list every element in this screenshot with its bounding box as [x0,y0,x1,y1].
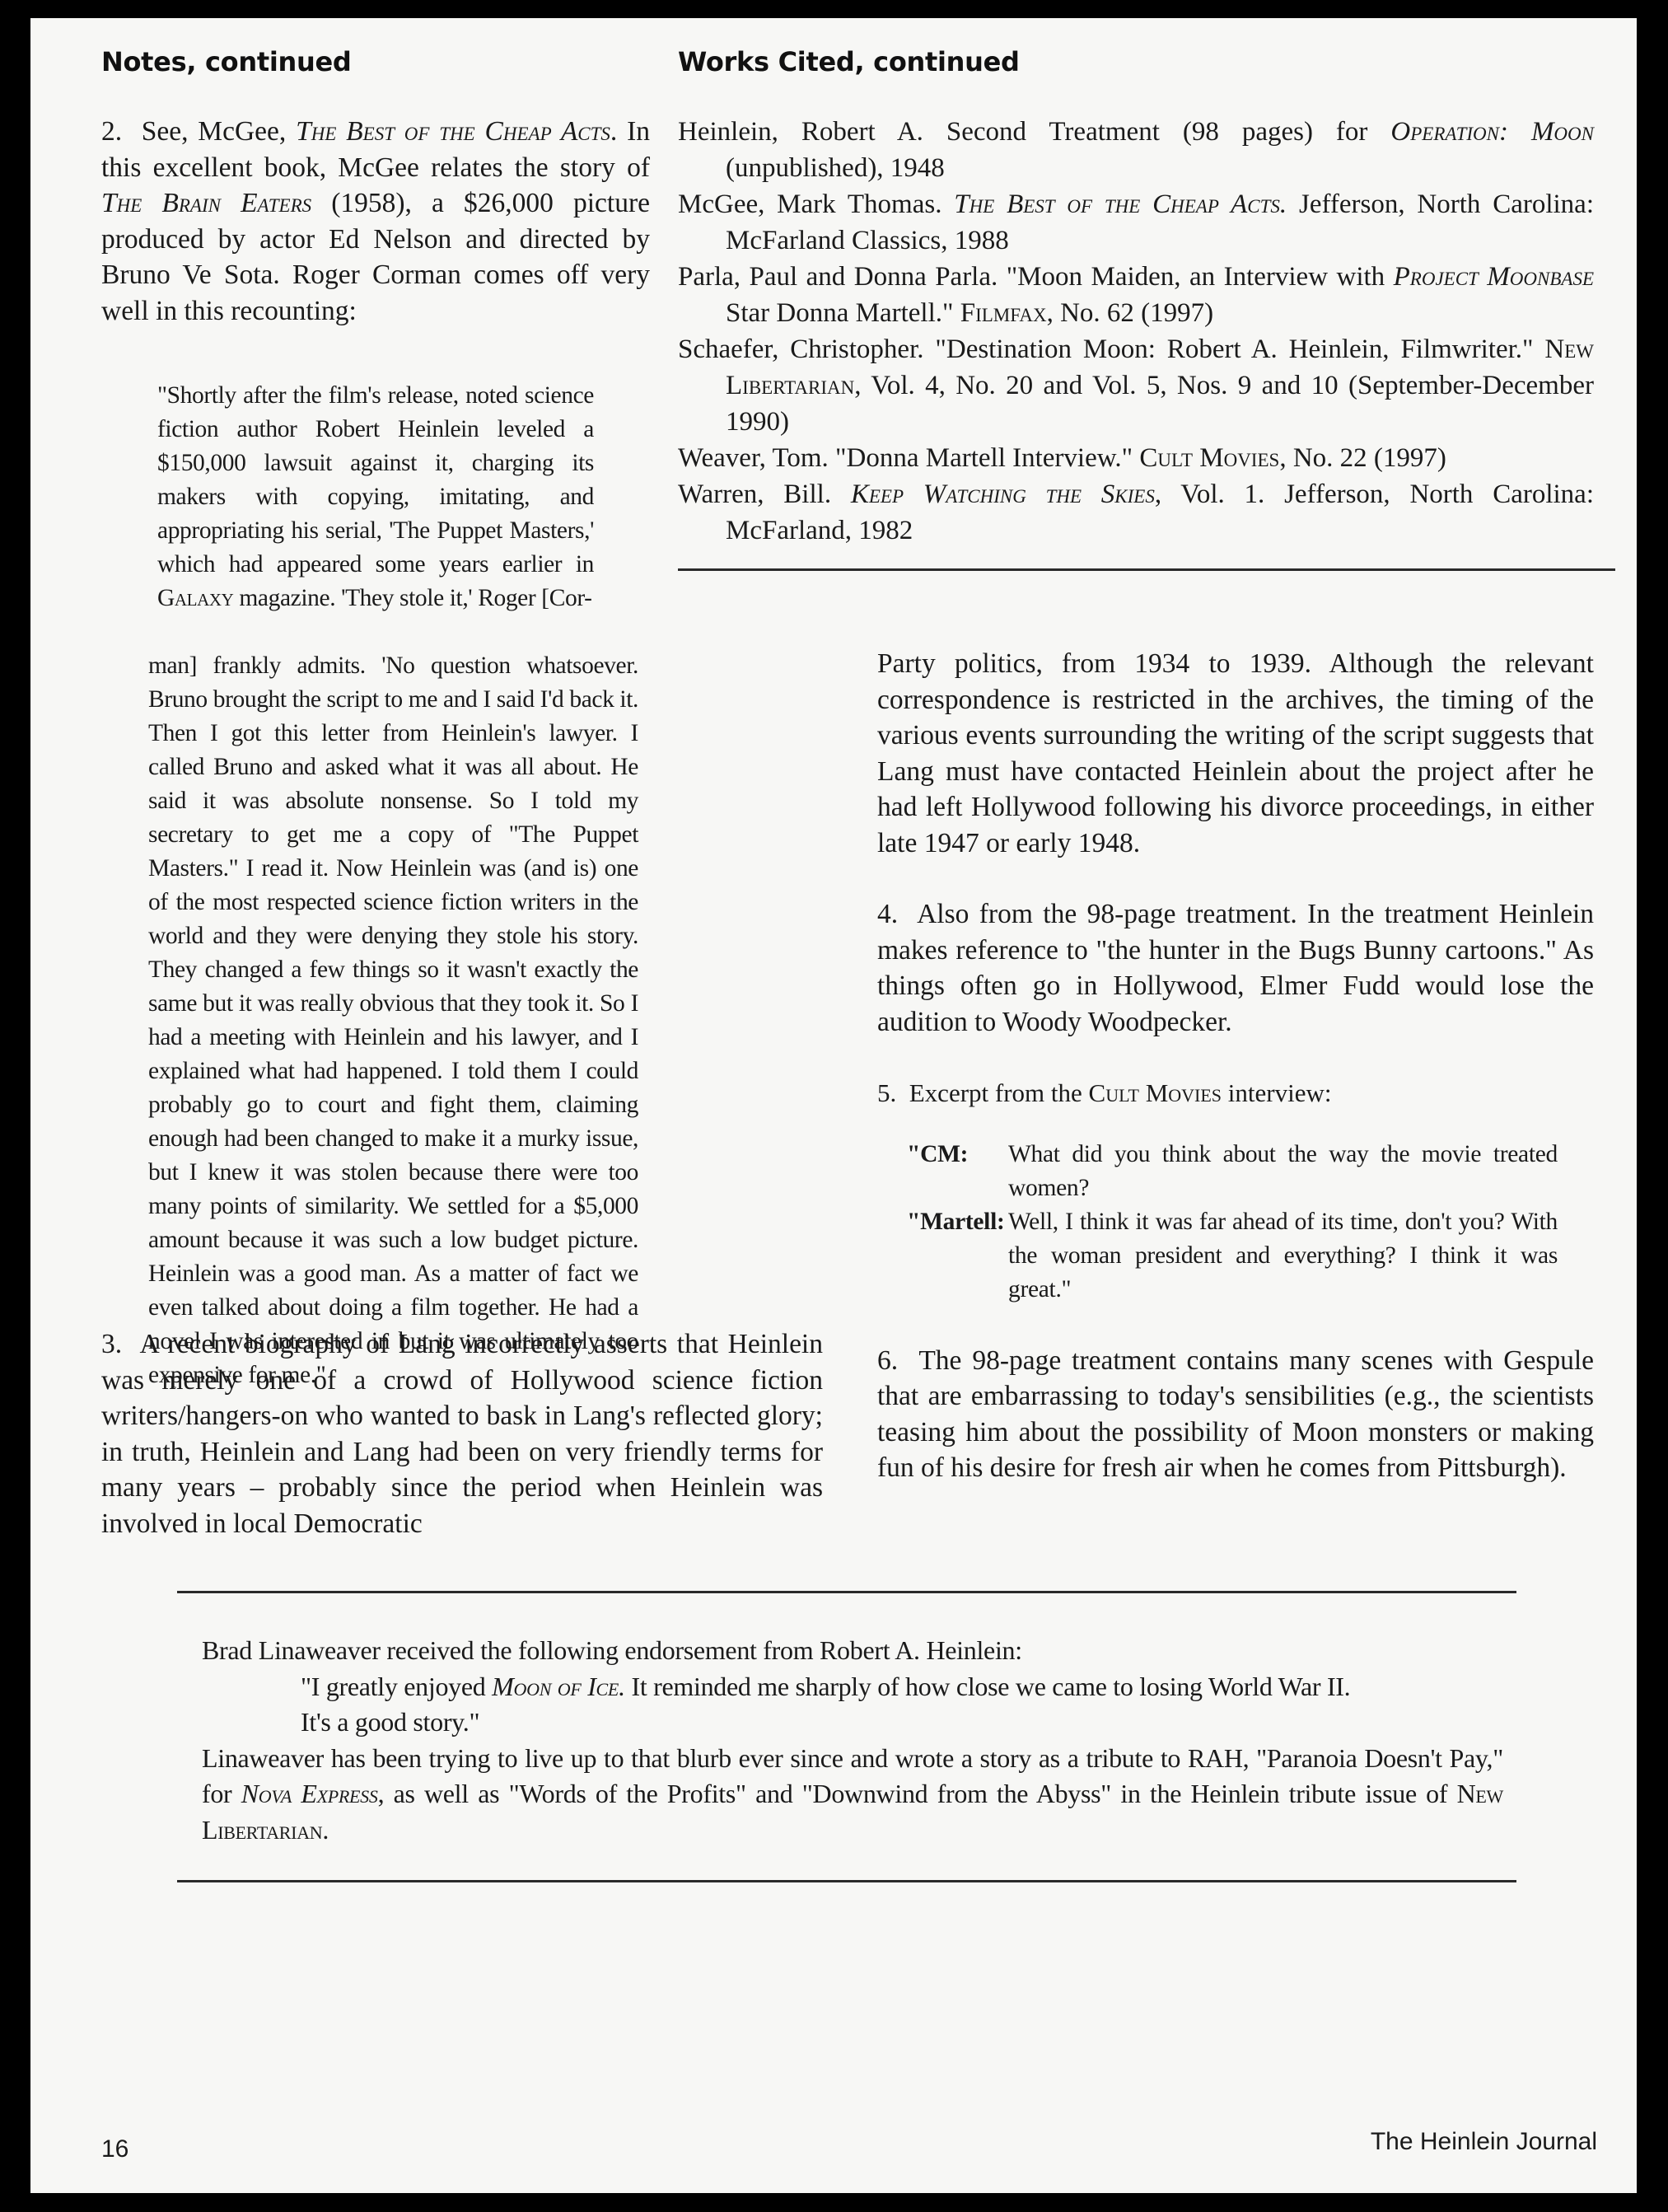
note-number: 6. [877,1345,898,1376]
citation-schaefer: Schaefer, Christopher. "Destination Moon… [678,331,1594,440]
quote-text: man] frankly admits. 'No question whatso… [148,652,638,1388]
interview-excerpt: "CM: What did you think about the way th… [907,1138,1558,1307]
journal-page: Notes, continued Works Cited, continued … [30,18,1637,2193]
work-title: Keep Watching the Skies [851,479,1155,509]
endorsement-block: Brad Linaweaver received the following e… [202,1633,1503,1848]
note-text: See, McGee, [142,116,296,147]
magazine-title: Nova Express [241,1779,378,1808]
magazine-title: Cult Movies [1089,1078,1222,1107]
works-cited-list: Heinlein, Robert A. Second Treatment (98… [678,114,1594,549]
magazine-title: Cult Movies [1139,443,1279,473]
citation-warren: Warren, Bill. Keep Watching the Skies, V… [678,476,1594,549]
journal-title: The Heinlein Journal [1371,2128,1597,2156]
divider-works-cited [678,568,1615,571]
citation-weaver: Weaver, Tom. "Donna Martell Interview." … [678,440,1594,476]
note-6: 6. The 98-page treatment contains many s… [877,1343,1594,1486]
film-title: The Brain Eaters [101,188,311,218]
speaker-cm: "CM: [907,1138,995,1205]
citation-mcgee: McGee, Mark Thomas. The Best of the Chea… [678,186,1594,259]
quote-text: "Shortly after the film's release, noted… [157,382,594,578]
note-number: 2. [101,116,122,147]
corman-quote-part2: man] frankly admits. 'No question whatso… [148,649,638,1392]
citation-heinlein: Heinlein, Robert A. Second Treatment (98… [678,114,1594,186]
endorsement-closing: Linaweaver has been trying to live up to… [202,1741,1503,1849]
corman-quote-part1: "Shortly after the film's release, noted… [157,379,594,615]
interview-line: What did you think about the way the mov… [995,1138,1558,1205]
speaker-martell: "Martell: [907,1205,995,1307]
book-title: The Best of the Cheap Acts [296,116,610,147]
note-3-left: 3. A recent biography of Lang incorrectl… [101,1326,823,1541]
note-5: 5. Excerpt from the Cult Movies intervie… [877,1075,1594,1111]
works-cited-heading: Works Cited, continued [678,46,1020,77]
notes-heading: Notes, continued [101,46,351,77]
work-title: The Best of the Cheap Acts. [954,189,1287,219]
magazine-title: Filmfax [960,298,1047,328]
divider-top-endorsement [177,1591,1516,1593]
work-title: Operation: Moon [1390,117,1594,147]
divider-bottom-endorsement [177,1880,1516,1882]
note-2: 2. See, McGee, The Best of the Cheap Act… [101,114,650,329]
note-text: A recent biography of Lang incorrectly a… [101,1329,823,1539]
interview-line: Well, I think it was far ahead of its ti… [995,1205,1558,1307]
endorsement-intro: Brad Linaweaver received the following e… [202,1633,1503,1669]
notes-right-column: Party politics, from 1934 to 1939. Altho… [877,646,1594,1486]
note-text: Also from the 98-page treatment. In the … [877,899,1594,1037]
note-text: The 98-page treatment contains many scen… [877,1345,1594,1484]
note-2-intro: 2. See, McGee, The Best of the Cheap Act… [101,114,650,329]
quote-text: magazine. 'They stole it,' Roger [Cor- [233,585,591,611]
note-number: 3. [101,1329,122,1359]
note-number: 5. [877,1078,896,1107]
note-4: 4. Also from the 98-page treatment. In t… [877,896,1594,1040]
note-number: 4. [877,899,898,929]
page-number: 16 [101,2135,128,2163]
heinlein-quote: "I greatly enjoyed Moon of Ice. It remin… [202,1669,1371,1741]
note-3-right: Party politics, from 1934 to 1939. Altho… [877,646,1594,861]
work-title: Project Moonbase [1394,262,1594,292]
citation-parla: Parla, Paul and Donna Parla. "Moon Maide… [678,259,1594,331]
book-title: Moon of Ice. [492,1672,625,1701]
magazine-title: Galaxy [157,585,233,611]
